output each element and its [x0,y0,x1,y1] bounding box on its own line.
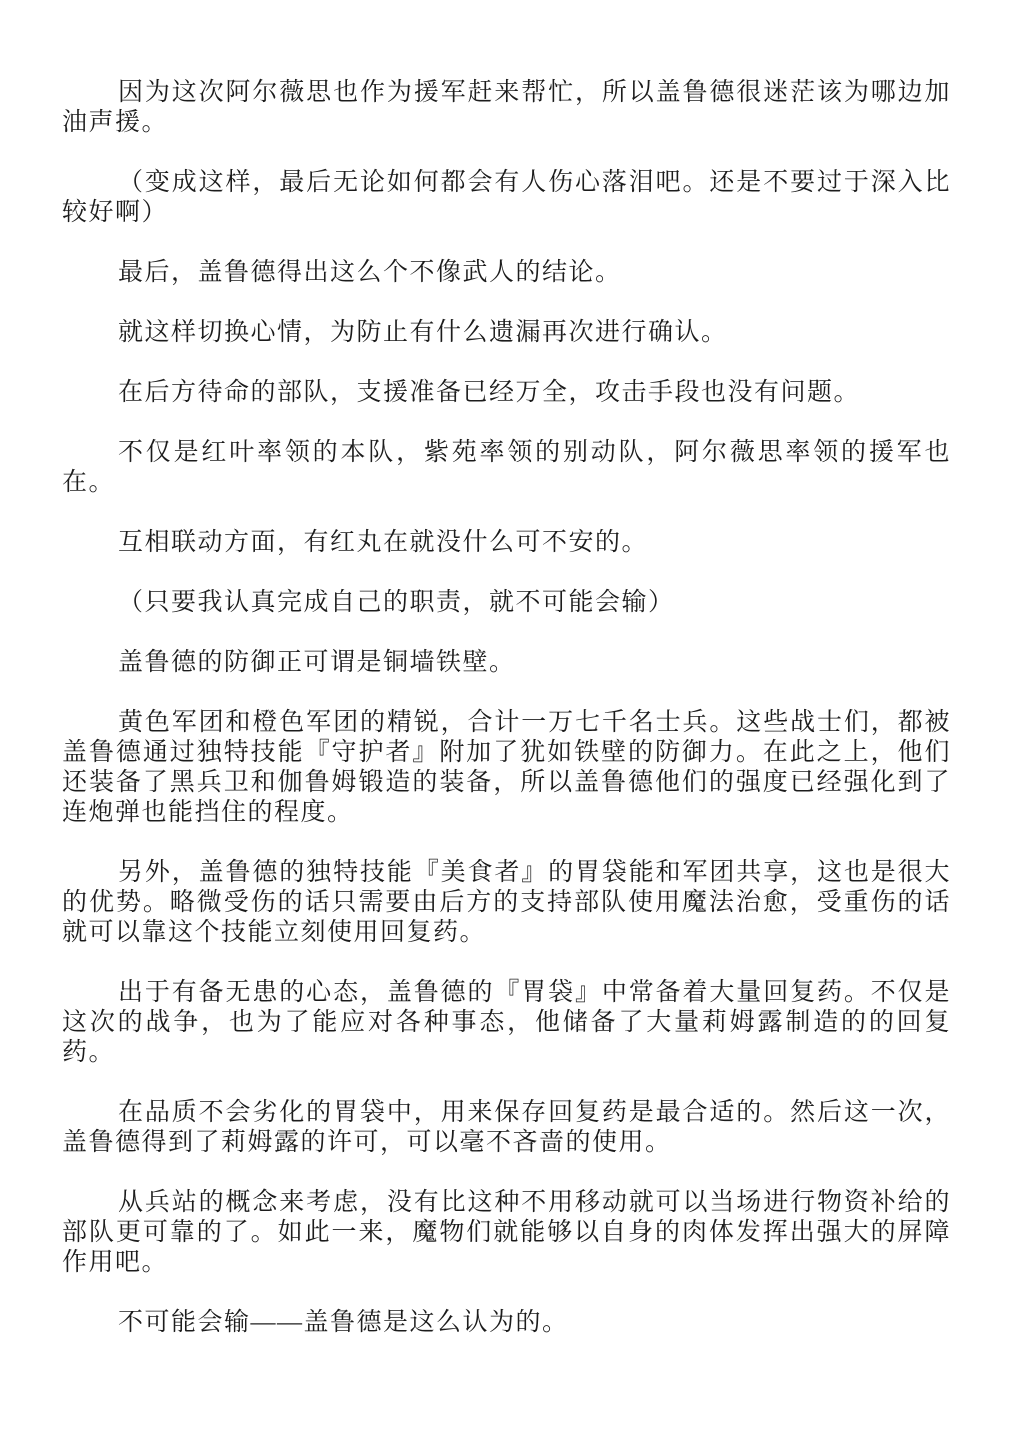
paragraph: 在后方待命的部队，支援准备已经万全，攻击手段也没有问题。 [62,378,951,408]
paragraph: 出于有备无患的心态，盖鲁德的『胃袋』中常备着大量回复药。不仅是这次的战争，也为了… [62,978,951,1068]
paragraph: 最后，盖鲁德得出这么个不像武人的结论。 [62,258,951,288]
ebook-page: 因为这次阿尔薇思也作为援军赶来帮忙，所以盖鲁德很迷茫该为哪边加油声援。 （变成这… [0,0,1017,1437]
paragraph: 从兵站的概念来考虑，没有比这种不用移动就可以当场进行物资补给的部队更可靠的了。如… [62,1188,951,1278]
paragraph: 黄色军团和橙色军团的精锐，合计一万七千名士兵。这些战士们，都被盖鲁德通过独特技能… [62,708,951,828]
paragraph: 另外，盖鲁德的独特技能『美食者』的胃袋能和军团共享，这也是很大的优势。略微受伤的… [62,858,951,948]
paragraph: 互相联动方面，有红丸在就没什么可不安的。 [62,528,951,558]
paragraph: （只要我认真完成自己的职责，就不可能会输） [62,588,951,618]
paragraph: 盖鲁德的防御正可谓是铜墙铁壁。 [62,648,951,678]
paragraph: 就这样切换心情，为防止有什么遗漏再次进行确认。 [62,318,951,348]
paragraph: 不仅是红叶率领的本队，紫苑率领的别动队，阿尔薇思率领的援军也在。 [62,438,951,498]
paragraph: 不可能会输——盖鲁德是这么认为的。 [62,1308,951,1338]
paragraph: （变成这样，最后无论如何都会有人伤心落泪吧。还是不要过于深入比较好啊） [62,168,951,228]
paragraph: 在品质不会劣化的胃袋中，用来保存回复药是最合适的。然后这一次，盖鲁德得到了莉姆露… [62,1098,951,1158]
paragraph: 因为这次阿尔薇思也作为援军赶来帮忙，所以盖鲁德很迷茫该为哪边加油声援。 [62,78,951,138]
